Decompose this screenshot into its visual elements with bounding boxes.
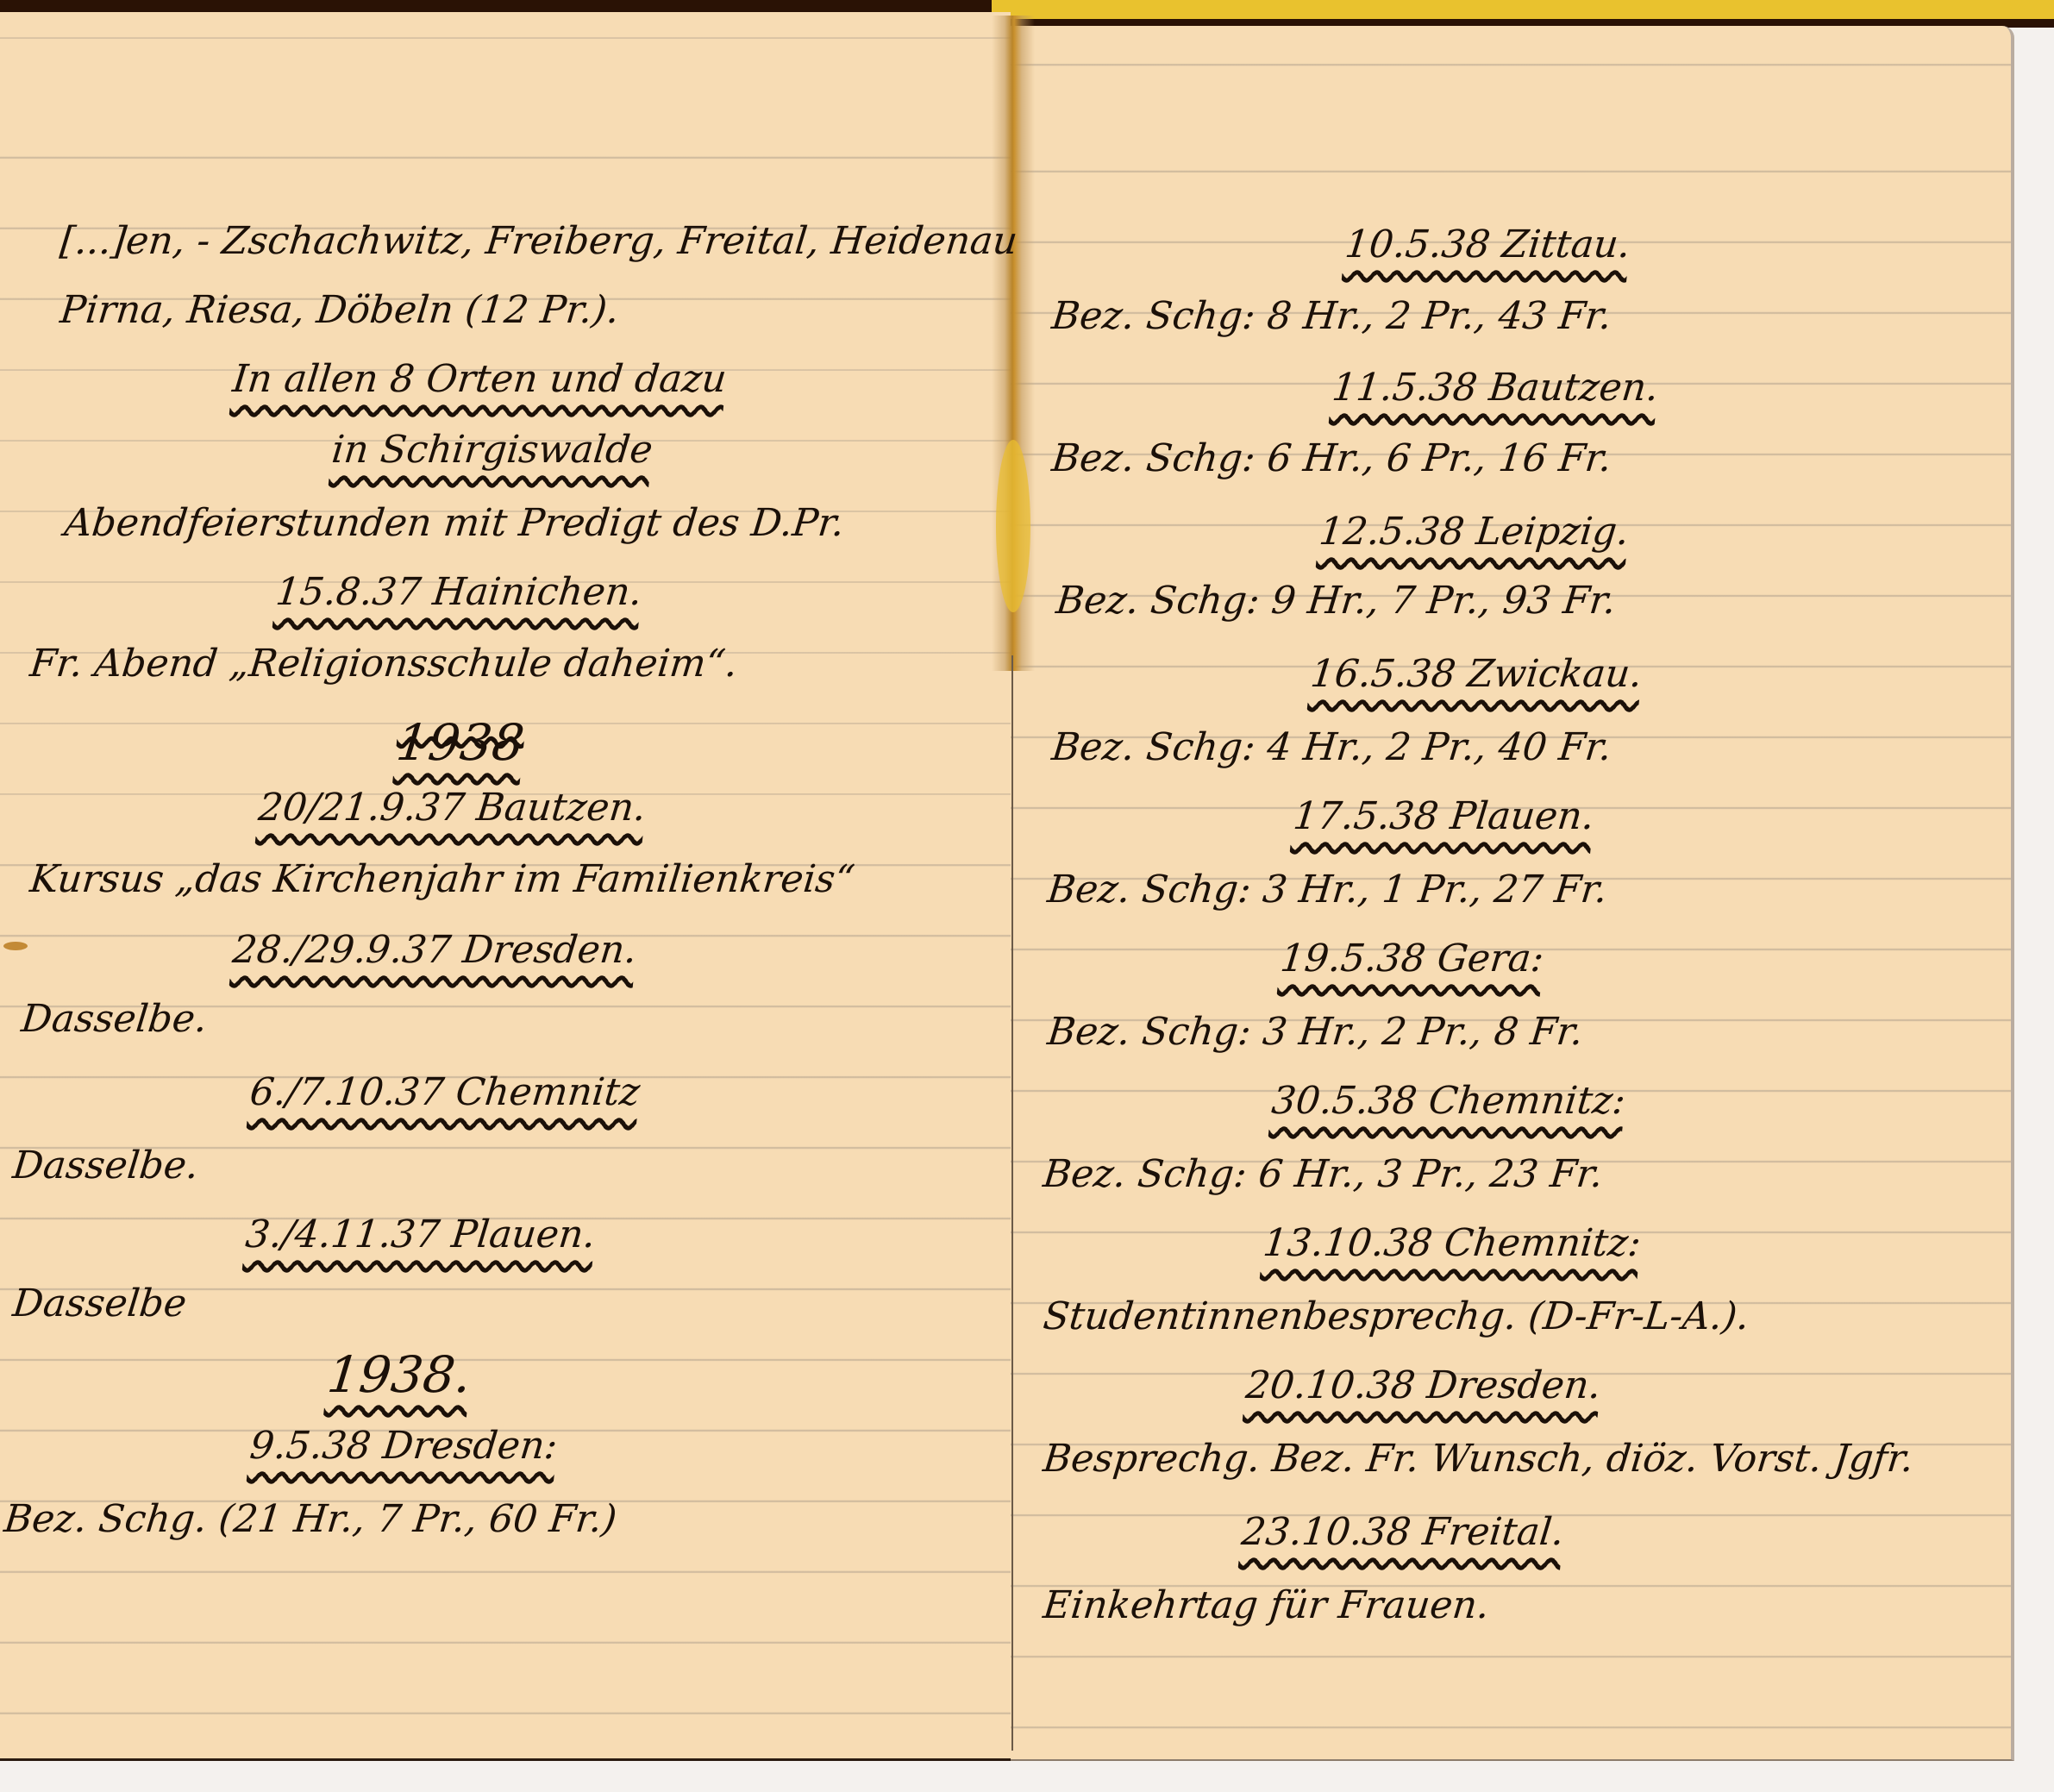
right-heading-dresden-oct: 20.10.38 Dresden. (1244, 1367, 1603, 1405)
left-line-kursus: Kursus „das Kirchenjahr im Familienkreis… (28, 861, 856, 899)
left-heading-bautzen: 20/21.9.37 Bautzen. (257, 789, 648, 827)
right-heading-chemnitz-oct: 13.10.38 Chemnitz: (1262, 1225, 1643, 1263)
notebook-cover-edge-left (0, 0, 992, 12)
right-heading-chemnitz-may: 30.5.38 Chemnitz: (1270, 1082, 1627, 1120)
right-heading-zwickau: 16.5.38 Zwickau. (1309, 655, 1644, 693)
left-heading-orten: In allen 8 Orten und dazu (231, 360, 729, 398)
right-heading-plauen: 17.5.38 Plauen. (1292, 798, 1596, 836)
right-heading-gera: 19.5.38 Gera: (1279, 940, 1546, 978)
left-heading-dresden-1937: 28./29.9.37 Dresden. (231, 931, 639, 969)
left-line-2: Pirna, Riesa, Döbeln (12 Pr.). (59, 291, 621, 329)
left-line-dasselbe-2: Dasselbe. (11, 1147, 201, 1185)
left-heading-schirgiswalde: in Schirgiswalde (330, 431, 654, 469)
left-heading-hainichen: 15.8.37 Hainichen. (274, 573, 644, 611)
left-line-1: [...]en, - Zschachwitz, Freiberg, Freita… (59, 222, 1019, 260)
left-year-1938: 1938. (325, 1350, 473, 1400)
right-line-zittau-stats: Bez. Schg: 8 Hr., 2 Pr., 43 Fr. (1050, 298, 1613, 335)
left-heading-plauen-1937: 3./4.11.37 Plauen. (244, 1216, 598, 1254)
right-heading-freital: 23.10.38 Freital. (1240, 1513, 1566, 1551)
right-heading-zittau: 10.5.38 Zittau. (1343, 226, 1632, 264)
left-year-struck: 1938 (394, 717, 527, 768)
right-line-studentinnen: Studentinnenbesprechg. (D-Fr-L-A.). (1042, 1298, 1751, 1336)
spine-stain (996, 440, 1030, 612)
notebook-cover-edge (992, 0, 2054, 28)
left-line-abendfeier: Abendfeierstunden mit Predigt des D.Pr. (63, 504, 847, 542)
right-line-plauen-stats: Bez. Schg: 3 Hr., 1 Pr., 27 Fr. (1046, 871, 1609, 909)
left-heading-dresden-1938: 9.5.38 Dresden: (248, 1427, 560, 1465)
ink-smudge (3, 942, 28, 950)
right-line-zwickau-stats: Bez. Schg: 4 Hr., 2 Pr., 40 Fr. (1050, 729, 1613, 767)
right-line-gera-stats: Bez. Schg: 3 Hr., 2 Pr., 8 Fr. (1046, 1013, 1585, 1051)
left-line-bez-dresden: Bez. Schg. (21 Hr., 7 Pr., 60 Fr.) (3, 1501, 619, 1538)
right-line-einkehrtag: Einkehrtag für Frauen. (1042, 1587, 1491, 1625)
right-line-bautzen-stats: Bez. Schg: 6 Hr., 6 Pr., 16 Fr. (1050, 440, 1613, 478)
right-heading-bautzen: 11.5.38 Bautzen. (1331, 369, 1661, 407)
left-line-dasselbe-1: Dasselbe. (20, 1000, 210, 1038)
right-heading-leipzig: 12.5.38 Leipzig. (1318, 513, 1631, 551)
left-line-dasselbe-3: Dasselbe (11, 1285, 189, 1323)
left-heading-chemnitz-1937: 6./7.10.37 Chemnitz (248, 1074, 642, 1112)
left-line-religionsschule: Fr. Abend „Religionsschule daheim“. (28, 645, 740, 683)
right-line-chemnitz-stats: Bez. Schg: 6 Hr., 3 Pr., 23 Fr. (1042, 1156, 1605, 1194)
spine-gutter-line (1011, 655, 1013, 1751)
right-line-leipzig-stats: Bez. Schg: 9 Hr., 7 Pr., 93 Fr. (1055, 582, 1618, 620)
right-line-besprechung: Besprechg. Bez. Fr. Wunsch, diöz. Vorst.… (1042, 1440, 1915, 1478)
